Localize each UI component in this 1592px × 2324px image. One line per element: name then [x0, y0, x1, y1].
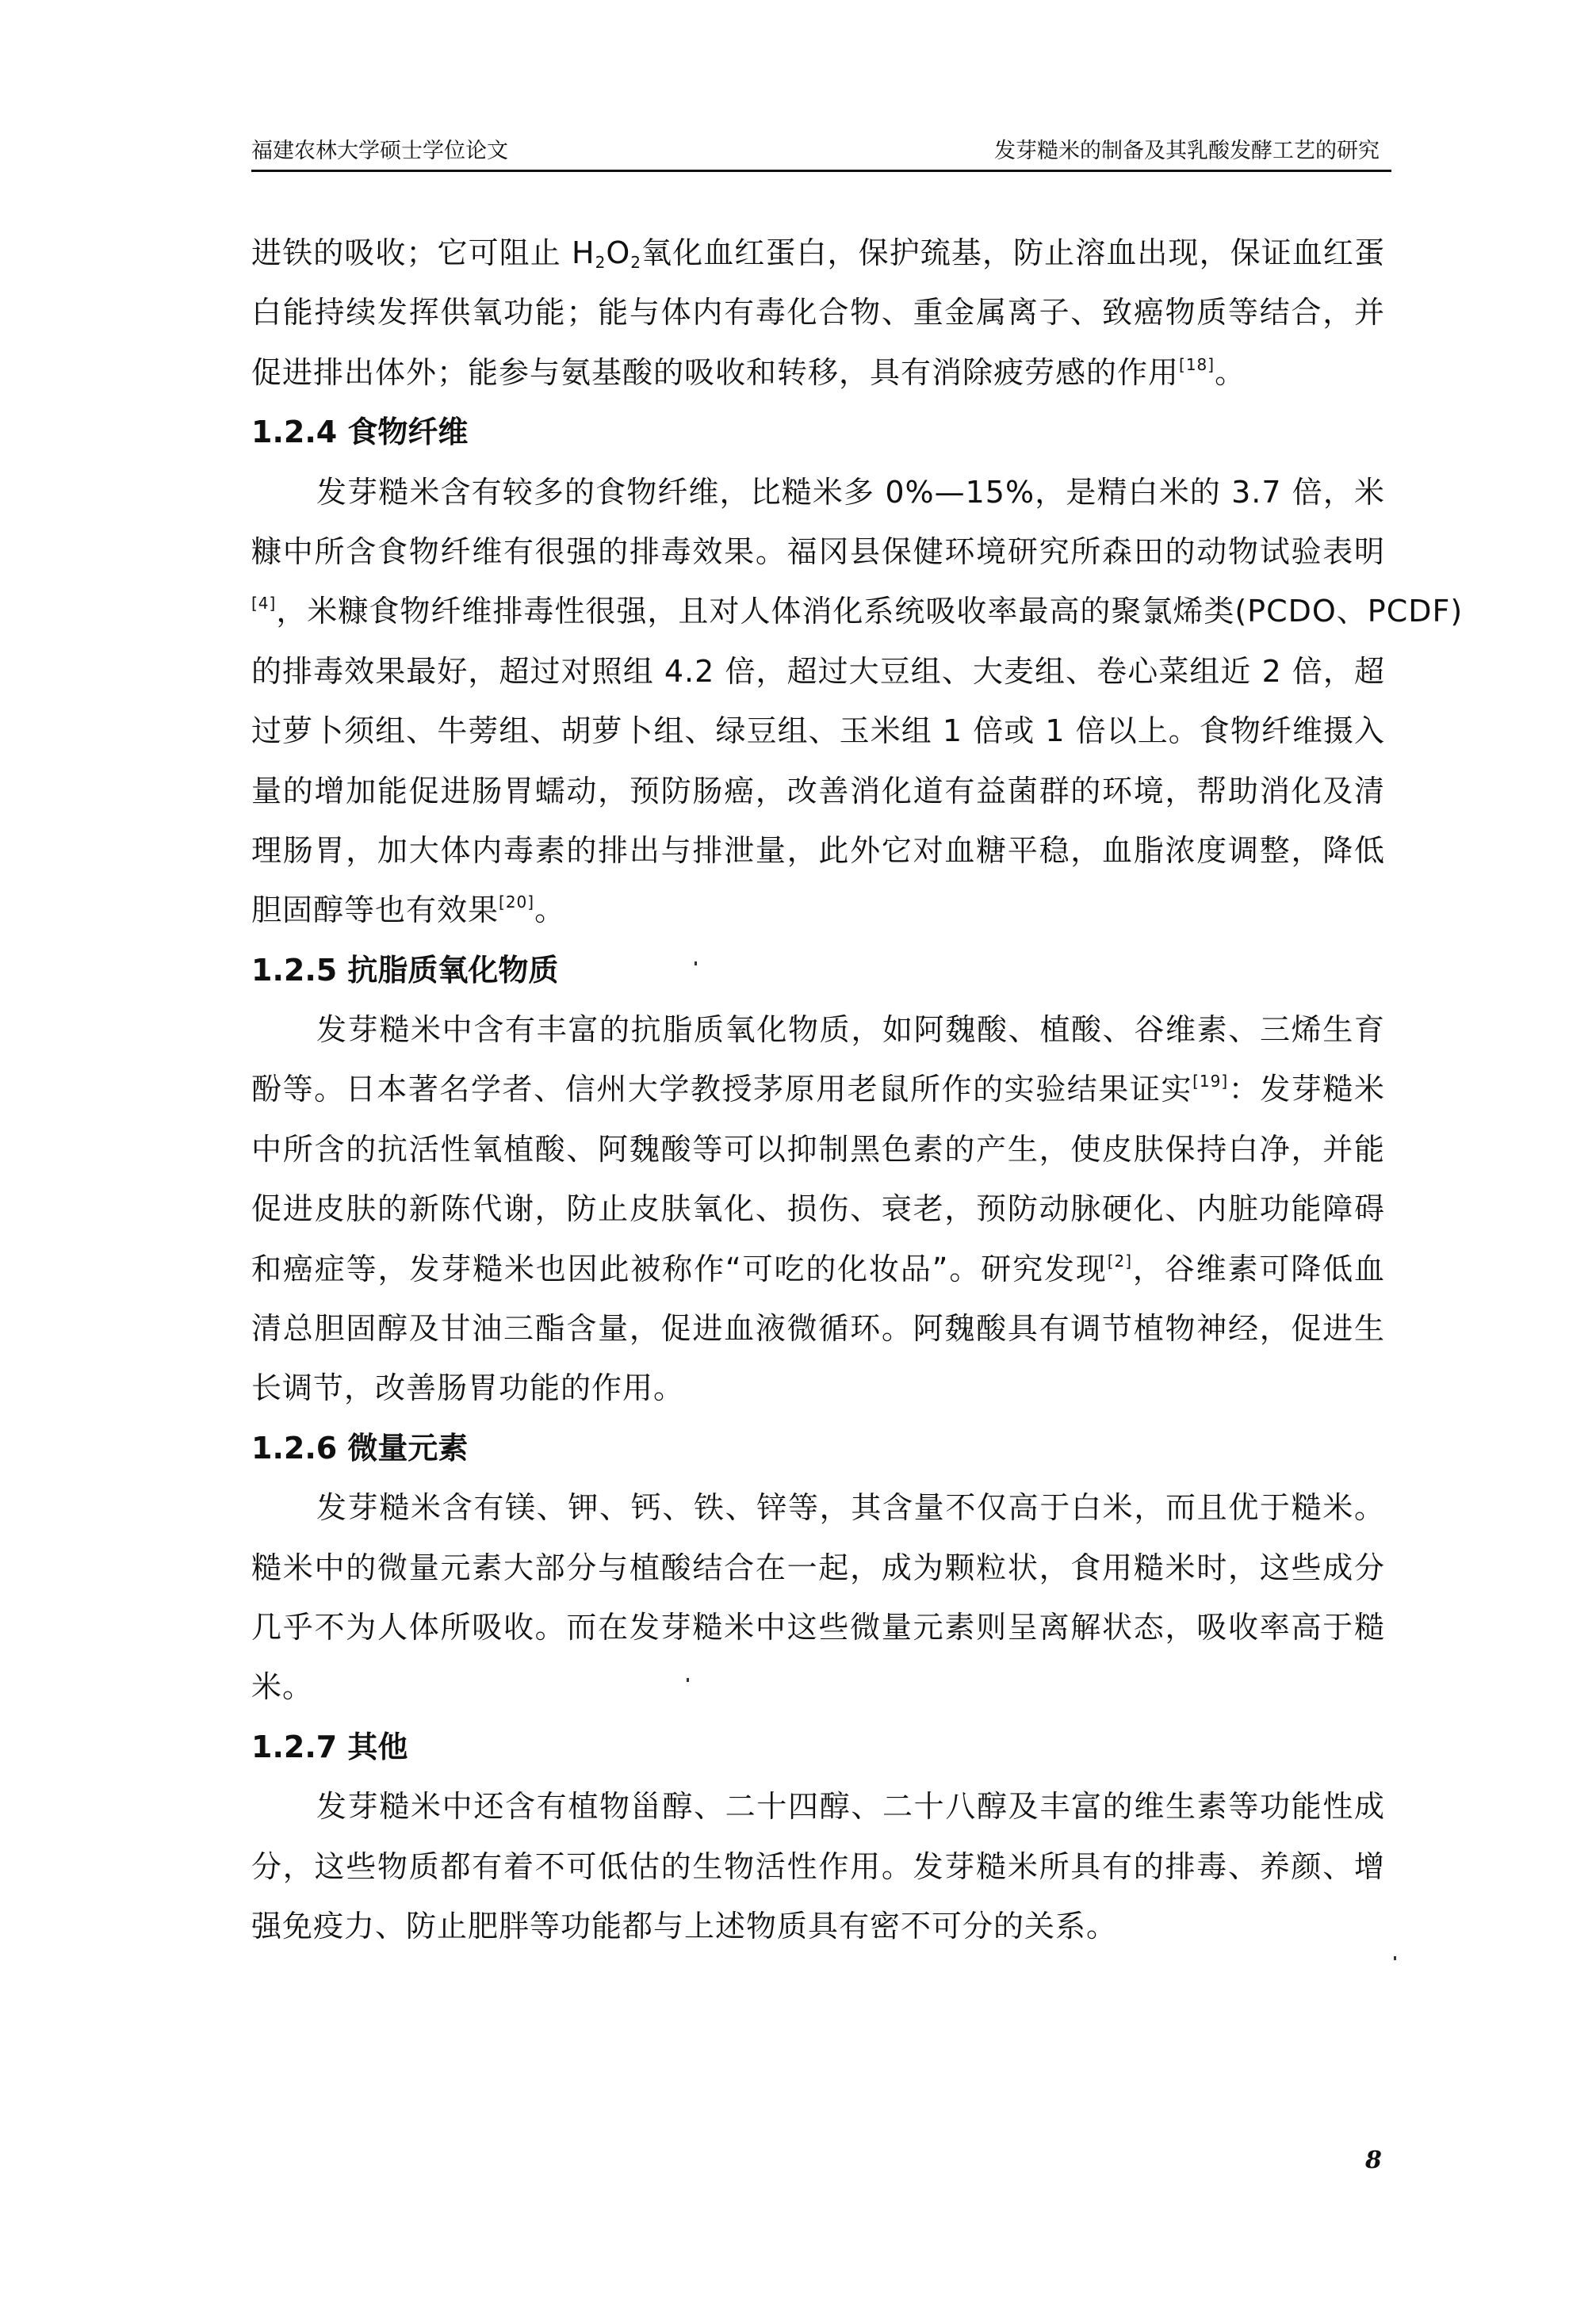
scan-speck [695, 961, 697, 965]
paragraph-line: 强免疫力、防止肥胖等功能都与上述物质具有密不可分的关系。 [251, 1897, 1385, 1956]
citation-ref: [2] [1108, 1252, 1132, 1271]
body-text: 进铁的吸收；它可阻止 H2O2氧化血红蛋白，保护巯基，防止溶血出现，保证血红蛋 … [251, 224, 1385, 1956]
scan-speck [687, 1678, 689, 1682]
paragraph-line: 糠中所含食物纤维有很强的排毒效果。福冈县保健环境研究所森田的动物试验表明 [251, 522, 1385, 582]
paragraph-line: 促进皮肤的新陈代谢，防止皮肤氧化、损伤、衰老，预防动脉硬化、内脏功能障碍 [251, 1179, 1385, 1239]
paragraph-line: 米。 [251, 1657, 1385, 1717]
document-page: 福建农林大学硕士学位论文 发芽糙米的制备及其乳酸发酵工艺的研究 进铁的吸收；它可… [0, 0, 1592, 2324]
section-heading-1-2-4: 1.2.4 食物纤维 [251, 403, 1385, 462]
section-heading-1-2-5: 1.2.5 抗脂质氧化物质 [251, 941, 1385, 1000]
paragraph-line: 中所含的抗活性氧植酸、阿魏酸等可以抑制黑色素的产生，使皮肤保持白净，并能 [251, 1120, 1385, 1179]
paragraph-line: 分，这些物质都有着不可低估的生物活性作用。发芽糙米所具有的排毒、养颜、增 [251, 1837, 1385, 1897]
paragraph-line: 理肠胃，加大体内毒素的排出与排泄量，此外它对血糖平稳，血脂浓度调整，降低 [251, 821, 1385, 881]
citation-ref: [20] [499, 893, 534, 912]
paragraph-line: 长调节，改善肠胃功能的作用。 [251, 1359, 1385, 1418]
paragraph-line: [4]，米糠食物纤维排毒性很强，且对人体消化系统吸收率最高的聚氯烯类(PCDO、… [251, 582, 1385, 641]
paragraph-line: 促进排出体外；能参与氨基酸的吸收和转移，具有消除疲劳感的作用[18]。 [251, 343, 1385, 403]
paragraph-line: 量的增加能促进肠胃蠕动，预防肠癌，改善消化道有益菌群的环境，帮助消化及清 [251, 762, 1385, 821]
paragraph-line: 过萝卜须组、牛蒡组、胡萝卜组、绿豆组、玉米组 1 倍或 1 倍以上。食物纤维摄入 [251, 701, 1385, 761]
paragraph-line: 的排毒效果最好，超过对照组 4.2 倍，超过大豆组、大麦组、卷心菜组近 2 倍，… [251, 642, 1385, 701]
paragraph-line: 清总胆固醇及甘油三酯含量，促进血液微循环。阿魏酸具有调节植物神经，促进生 [251, 1299, 1385, 1359]
header-thesis-title: 发芽糙米的制备及其乳酸发酵工艺的研究 [994, 133, 1380, 170]
citation-ref: [4] [251, 594, 276, 613]
paragraph-line: 糙米中的微量元素大部分与植酸结合在一起，成为颗粒状，食用糙米时，这些成分 [251, 1539, 1385, 1598]
scan-speck [1394, 1956, 1396, 1960]
paragraph-line: 发芽糙米含有较多的食物纤维，比糙米多 0%—15%，是精白米的 3.7 倍，米 [251, 463, 1385, 522]
paragraph-line: 发芽糙米含有镁、钾、钙、铁、锌等，其含量不仅高于白米，而且优于糙米。 [251, 1478, 1385, 1538]
header-university-title: 福建农林大学硕士学位论文 [251, 133, 508, 170]
paragraph-line: 发芽糙米中含有丰富的抗脂质氧化物质，如阿魏酸、植酸、谷维素、三烯生育 [251, 1000, 1385, 1060]
paragraph-line: 进铁的吸收；它可阻止 H2O2氧化血红蛋白，保护巯基，防止溶血出现，保证血红蛋 [251, 224, 1385, 283]
paragraph-line: 和癌症等，发芽糙米也因此被称作“可吃的化妆品”。研究发现[2]，谷维素可降低血 [251, 1240, 1385, 1299]
section-heading-1-2-6: 1.2.6 微量元素 [251, 1419, 1385, 1478]
running-header: 福建农林大学硕士学位论文 发芽糙米的制备及其乳酸发酵工艺的研究 [251, 133, 1391, 172]
page-number: 8 [1365, 2146, 1382, 2174]
paragraph-line: 白能持续发挥供氧功能；能与体内有毒化合物、重金属离子、致癌物质等结合，并 [251, 283, 1385, 342]
section-heading-1-2-7: 1.2.7 其他 [251, 1718, 1385, 1777]
paragraph-line: 胆固醇等也有效果[20]。 [251, 881, 1385, 940]
paragraph-line: 几乎不为人体所吸收。而在发芽糙米中这些微量元素则呈离解状态，吸收率高于糙 [251, 1598, 1385, 1657]
paragraph-line: 发芽糙米中还含有植物甾醇、二十四醇、二十八醇及丰富的维生素等功能性成 [251, 1777, 1385, 1837]
paragraph-line: 酚等。日本著名学者、信州大学教授茅原用老鼠所作的实验结果证实[19]：发芽糙米 [251, 1060, 1385, 1119]
citation-ref: [19] [1192, 1072, 1228, 1091]
citation-ref: [18] [1179, 355, 1215, 374]
